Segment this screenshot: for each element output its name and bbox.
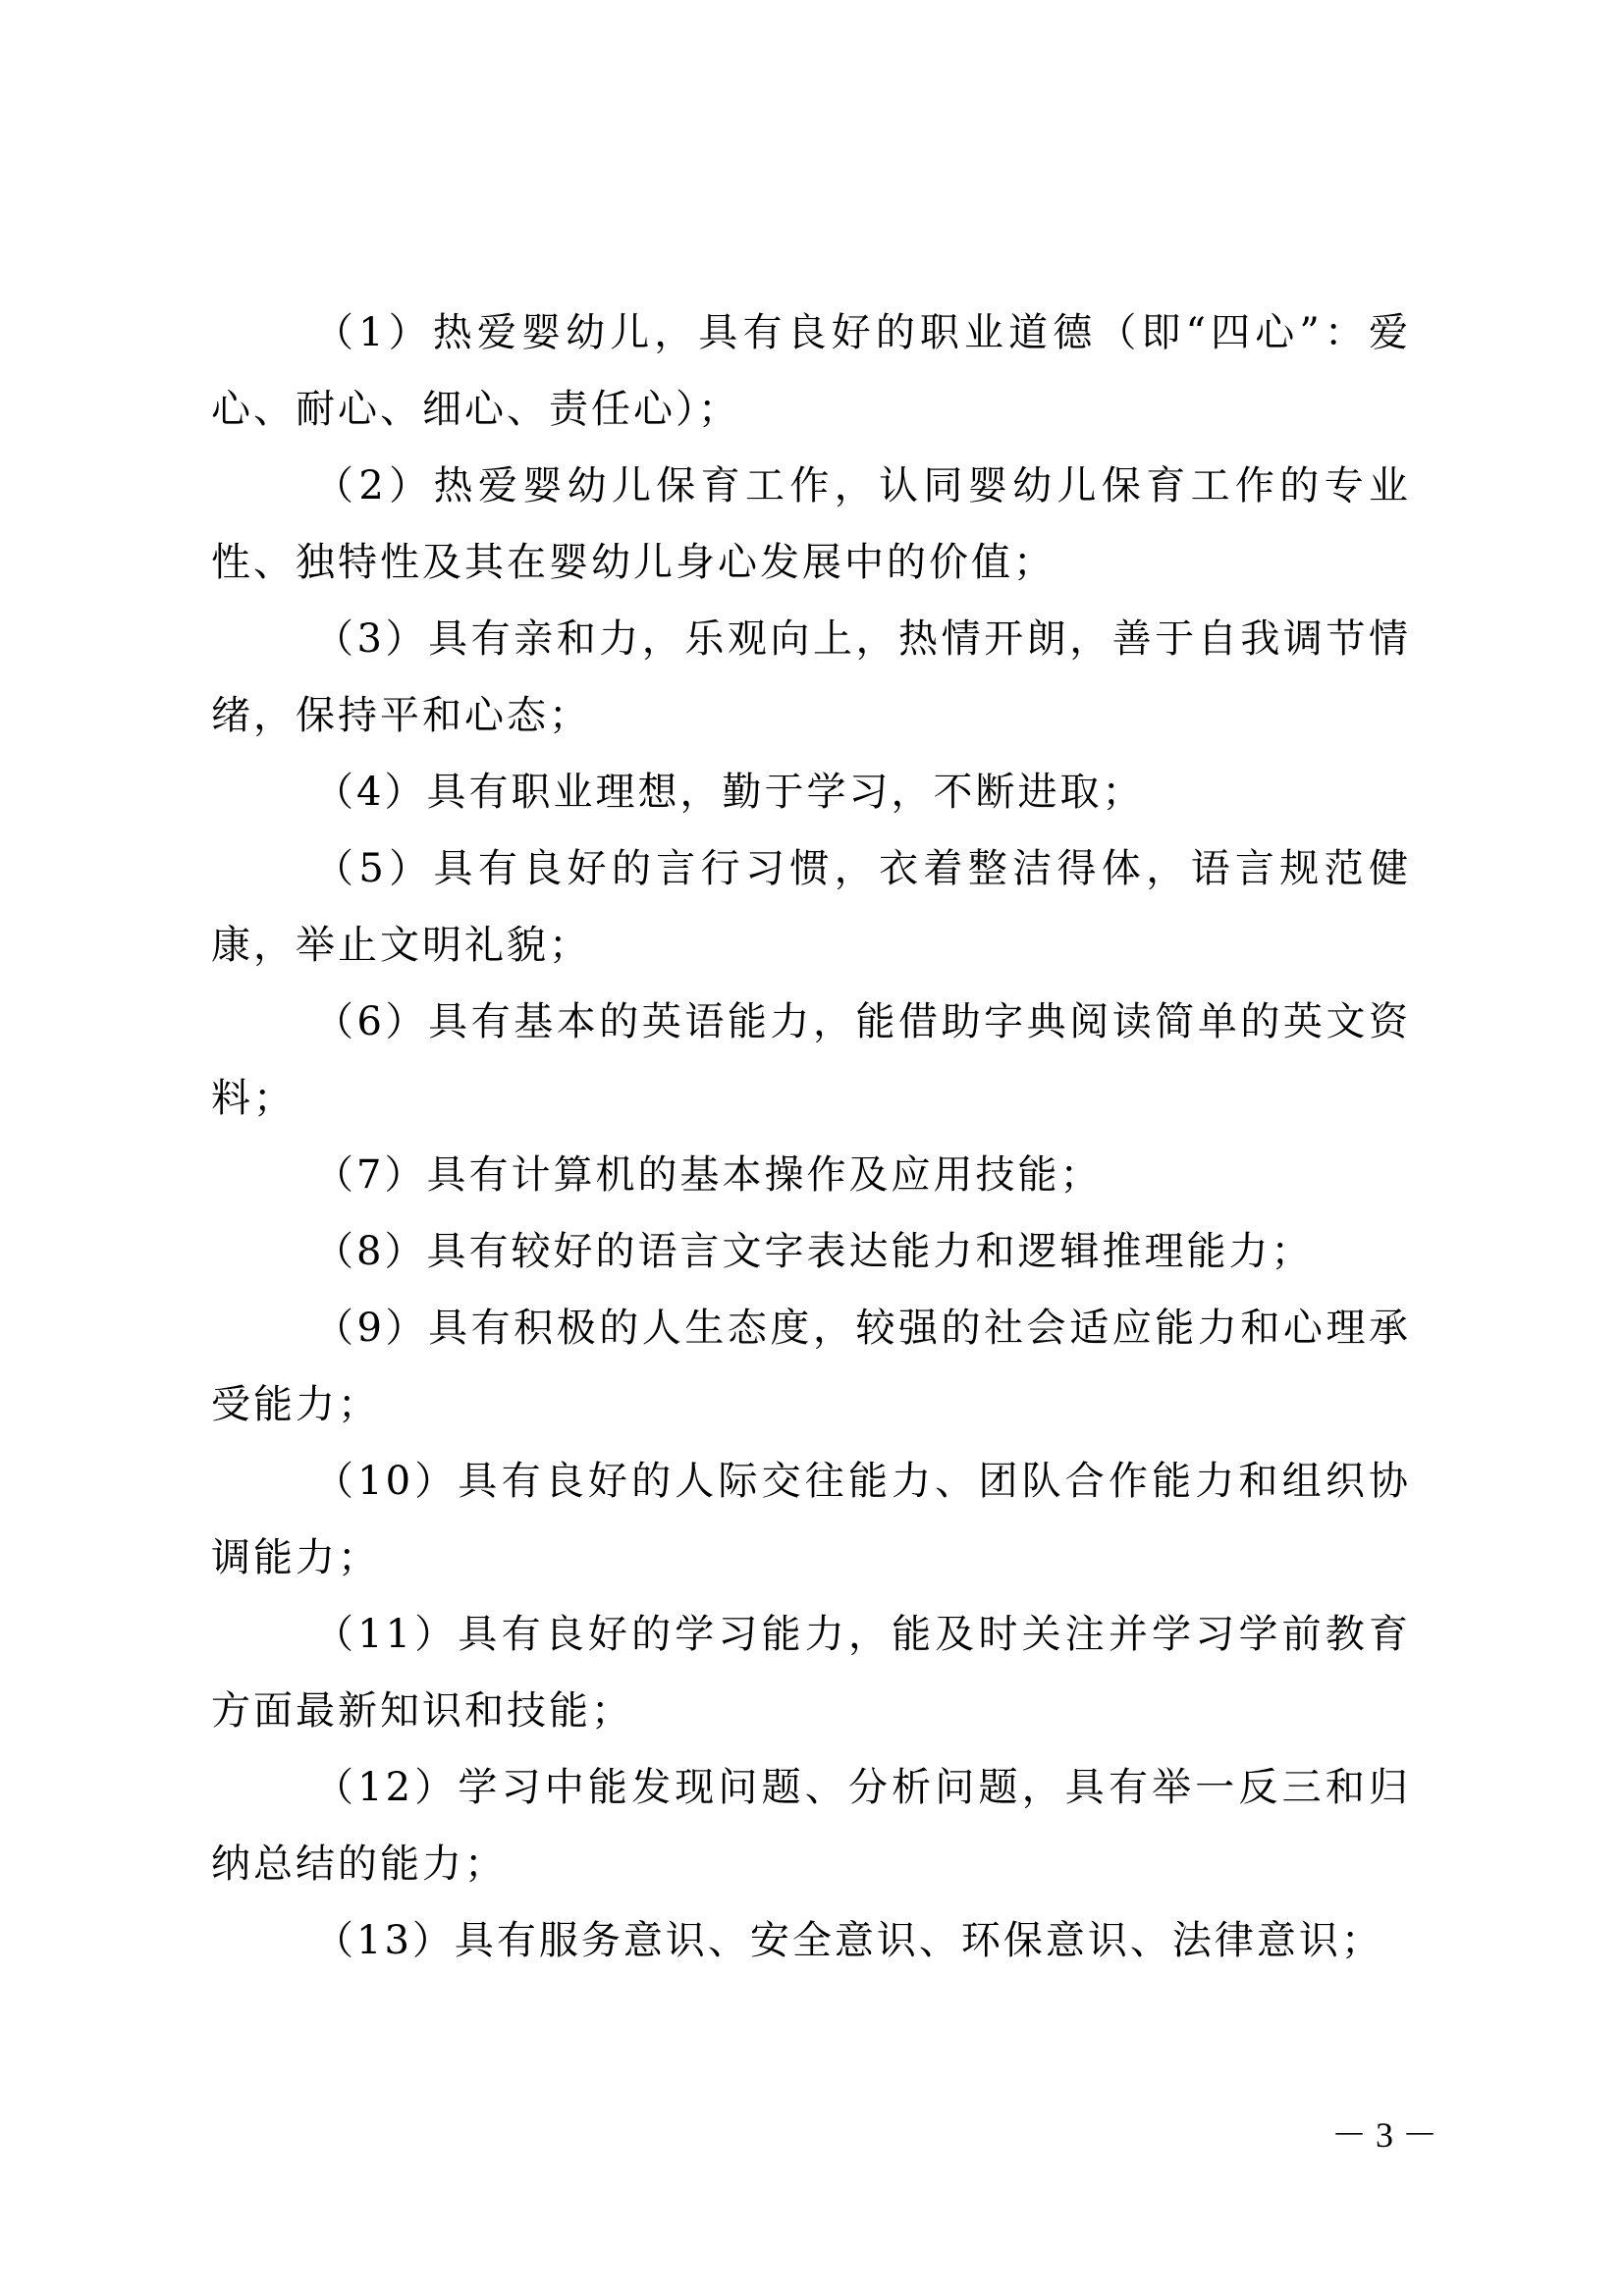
paragraph-item-8: （8）具有较好的语言文字表达能力和逻辑推理能力； xyxy=(211,1213,1411,1290)
document-body: （1）热爱婴幼儿，具有良好的职业道德（即“四心”：爱心、耐心、细心、责任心）； … xyxy=(211,294,1411,1979)
page-number: － 3 － xyxy=(1326,2110,1443,2160)
paragraph-item-5: （5）具有良好的言行习惯，衣着整洁得体，语言规范健康，举止文明礼貌； xyxy=(211,830,1411,984)
paragraph-item-10: （10）具有良好的人际交往能力、团队合作能力和组织协调能力； xyxy=(211,1443,1411,1596)
paragraph-item-6: （6）具有基本的英语能力，能借助字典阅读简单的英文资料； xyxy=(211,984,1411,1137)
paragraph-item-12: （12）学习中能发现问题、分析问题，具有举一反三和归纳总结的能力； xyxy=(211,1749,1411,1902)
paragraph-item-4: （4）具有职业理想，勤于学习，不断进取； xyxy=(211,754,1411,830)
paragraph-item-9: （9）具有积极的人生态度，较强的社会适应能力和心理承受能力； xyxy=(211,1290,1411,1443)
paragraph-item-3: （3）具有亲和力，乐观向上，热情开朗，善于自我调节情绪，保持平和心态； xyxy=(211,601,1411,754)
paragraph-item-11: （11）具有良好的学习能力，能及时关注并学习学前教育方面最新知识和技能； xyxy=(211,1596,1411,1749)
paragraph-item-2: （2）热爱婴幼儿保育工作，认同婴幼儿保育工作的专业性、独特性及其在婴幼儿身心发展… xyxy=(211,448,1411,601)
paragraph-item-13: （13）具有服务意识、安全意识、环保意识、法律意识； xyxy=(211,1902,1411,1979)
paragraph-item-1: （1）热爱婴幼儿，具有良好的职业道德（即“四心”：爱心、耐心、细心、责任心）； xyxy=(211,294,1411,448)
document-page: （1）热爱婴幼儿，具有良好的职业道德（即“四心”：爱心、耐心、细心、责任心）； … xyxy=(0,0,1624,2296)
paragraph-item-7: （7）具有计算机的基本操作及应用技能； xyxy=(211,1137,1411,1213)
